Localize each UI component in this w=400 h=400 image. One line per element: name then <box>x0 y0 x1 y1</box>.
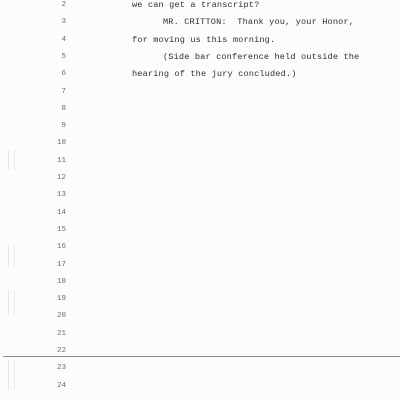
transcript-line: 21 <box>0 328 400 342</box>
line-number: 5 <box>40 51 66 63</box>
line-number: 12 <box>40 172 66 184</box>
transcript-line: 15 <box>0 224 400 238</box>
transcript-line: 16 <box>0 241 400 255</box>
line-number: 3 <box>40 16 66 28</box>
line-number: 21 <box>40 328 66 340</box>
transcript-line: 11 <box>0 155 400 169</box>
line-number: 4 <box>40 34 66 46</box>
line-number: 24 <box>40 380 66 392</box>
line-number: 14 <box>40 207 66 219</box>
line-text: we can get a transcript? <box>132 0 259 11</box>
line-number: 15 <box>40 224 66 236</box>
transcript-line: 3MR. CRITTON: Thank you, your Honor, <box>0 16 400 30</box>
line-number: 9 <box>40 120 66 132</box>
transcript-line: 8 <box>0 103 400 117</box>
transcript-line: 20 <box>0 310 400 324</box>
line-number: 18 <box>40 276 66 288</box>
line-number: 17 <box>40 259 66 271</box>
transcript-line: 18 <box>0 276 400 290</box>
line-number: 2 <box>40 0 66 11</box>
transcript-line: 4for moving us this morning. <box>0 34 400 48</box>
horizontal-rule <box>3 356 400 357</box>
line-number: 11 <box>40 155 66 167</box>
line-number: 7 <box>40 86 66 98</box>
transcript-line: 7 <box>0 86 400 100</box>
line-number: 20 <box>40 310 66 322</box>
transcript-line: 12 <box>0 172 400 186</box>
line-text: MR. CRITTON: Thank you, your Honor, <box>163 16 354 28</box>
transcript-line: 17 <box>0 259 400 273</box>
transcript-line: 13 <box>0 189 400 203</box>
line-text: for moving us this morning. <box>132 34 275 46</box>
line-number: 23 <box>40 362 66 374</box>
transcript-line: 19 <box>0 293 400 307</box>
transcript-page: 2we can get a transcript?3MR. CRITTON: T… <box>0 0 400 400</box>
transcript-line: 10 <box>0 137 400 151</box>
line-number: 19 <box>40 293 66 305</box>
transcript-line: 14 <box>0 207 400 221</box>
line-text: hearing of the jury concluded.) <box>132 68 297 80</box>
line-number: 16 <box>40 241 66 253</box>
transcript-line: 24 <box>0 380 400 394</box>
transcript-line: 5(Side bar conference held outside the <box>0 51 400 65</box>
line-number: 6 <box>40 68 66 80</box>
line-number: 10 <box>40 137 66 149</box>
transcript-line: 9 <box>0 120 400 134</box>
transcript-line: 2we can get a transcript? <box>0 0 400 13</box>
transcript-line: 6hearing of the jury concluded.) <box>0 68 400 82</box>
line-number: 8 <box>40 103 66 115</box>
transcript-line: 23 <box>0 362 400 376</box>
line-number: 13 <box>40 189 66 201</box>
line-text: (Side bar conference held outside the <box>163 51 359 63</box>
